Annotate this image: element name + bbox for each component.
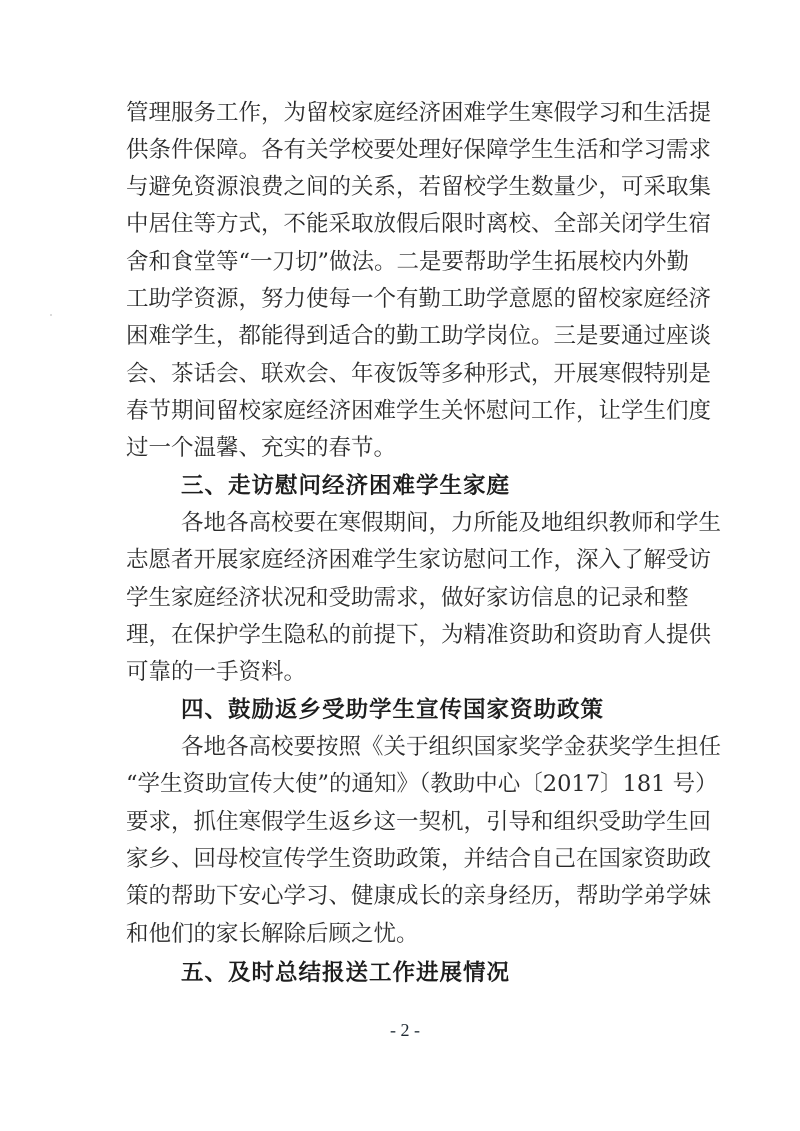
text-line: 舍和食堂等“一刀切”做法。二是要帮助学生拓展校内外勤 xyxy=(126,244,682,281)
text-line: 供条件保障。各有关学校要处理好保障学生生活和学习需求 xyxy=(126,132,682,169)
text-line: 过一个温馨、充实的春节。 xyxy=(126,430,682,467)
text-line: 志愿者开展家庭经济困难学生家访慰问工作，深入了解受访 xyxy=(126,542,682,579)
page-number: - 2 - xyxy=(0,1020,800,1041)
text-line: 困难学生，都能得到适合的勤工助学岗位。三是要通过座谈 xyxy=(126,318,682,355)
text-line: 工助学资源，努力使每一个有勤工助学意愿的留校家庭经济 xyxy=(126,281,682,318)
text-line: 学生家庭经济状况和受助需求，做好家访信息的记录和整 xyxy=(126,580,682,617)
text-line: “学生资助宣传大使”的通知》（教助中心〔2017〕181 号） xyxy=(126,766,682,803)
text-line: 管理服务工作，为留校家庭经济困难学生寒假学习和生活提 xyxy=(126,95,682,132)
text-line: 理，在保护学生隐私的前提下，为精准资助和资助育人提供 xyxy=(126,617,682,654)
section-heading-3: 三、走访慰问经济困难学生家庭 xyxy=(181,468,510,505)
text-line: 中居住等方式，不能采取放假后限时离校、全部关闭学生宿 xyxy=(126,206,682,243)
document-page: 管理服务工作，为留校家庭经济困难学生寒假学习和生活提 供条件保障。各有关学校要处… xyxy=(0,0,800,1131)
text-line: 会、茶话会、联欢会、年夜饭等多种形式，开展寒假特别是 xyxy=(126,356,682,393)
text-line: 春节期间留校家庭经济困难学生关怀慰问工作，让学生们度 xyxy=(126,393,682,430)
text-line: 各地各高校要在寒假期间，力所能及地组织教师和学生 xyxy=(181,505,682,542)
text-line: 与避免资源浪费之间的关系，若留校学生数量少，可采取集 xyxy=(126,169,682,206)
text-line: 家乡、回母校宣传学生资助政策，并结合自己在国家资助政 xyxy=(126,841,682,878)
text-line: 策的帮助下安心学习、健康成长的亲身经历，帮助学弟学妹 xyxy=(126,878,682,915)
section-heading-4: 四、鼓励返乡受助学生宣传国家资助政策 xyxy=(181,692,604,729)
text-line: 和他们的家长解除后顾之忧。 xyxy=(126,916,682,953)
text-line: 要求，抓住寒假学生返乡这一契机，引导和组织受助学生回 xyxy=(126,804,682,841)
scan-speck xyxy=(50,314,52,316)
text-line: 各地各高校要按照《关于组织国家奖学金获奖学生担任 xyxy=(181,729,682,766)
text-line: 可靠的一手资料。 xyxy=(126,654,682,691)
section-heading-5: 五、及时总结报送工作进展情况 xyxy=(181,955,510,992)
